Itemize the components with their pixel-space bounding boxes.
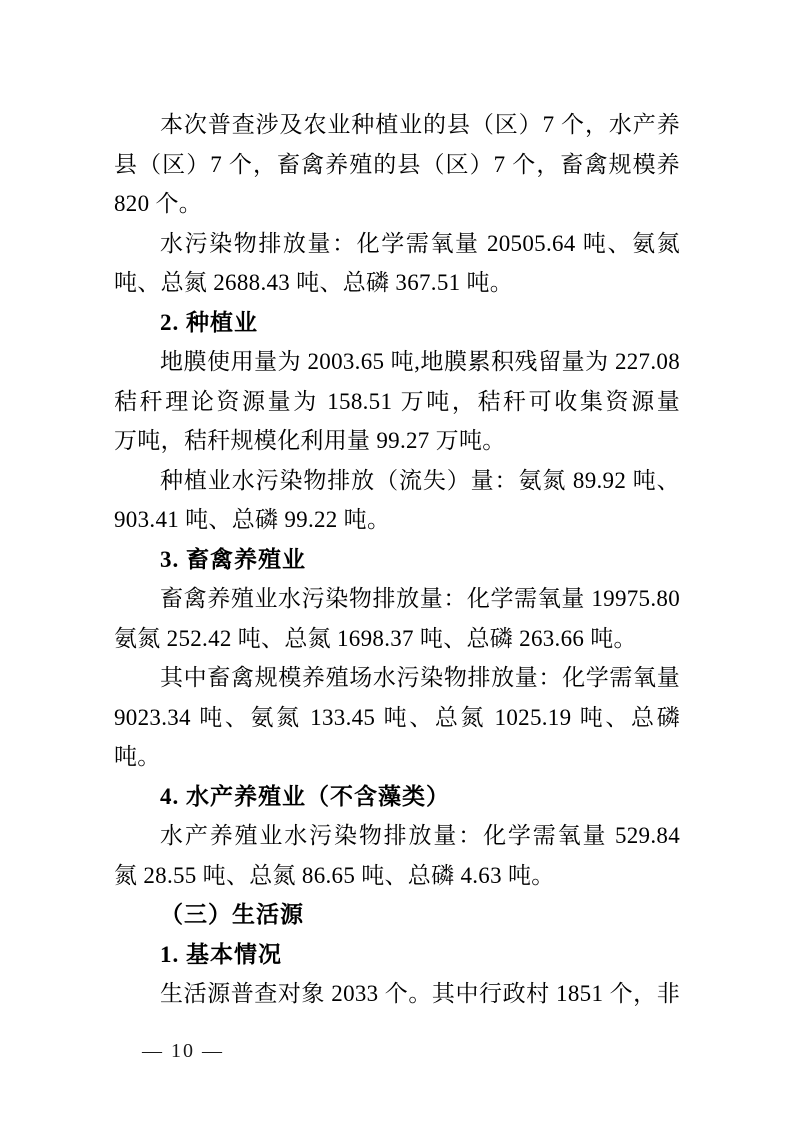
heading-aquaculture-industry-line-1: 4. 水产养殖业（不含藻类） <box>114 777 680 817</box>
para-livestock-discharge-line-1: 畜禽养殖业水污染物排放量：化学需氧量 19975.80 吨、 <box>114 579 680 619</box>
para-census-scope-line-2: 县（区）7 个，畜禽养殖的县（区）7 个，畜禽规模养殖场 <box>114 145 680 185</box>
page-number: — 10 — <box>142 1040 224 1062</box>
para-livestock-discharge-line-2: 氨氮 252.42 吨、总氮 1698.37 吨、总磷 263.66 吨。 <box>114 619 680 659</box>
para-water-pollutant-total-line-1: 水污染物排放量：化学需氧量 20505.64 吨、氨氮 370.89 <box>114 224 680 264</box>
para-planting-discharge-line-1: 种植业水污染物排放（流失）量：氨氮 89.92 吨、总氮 <box>114 461 680 501</box>
para-census-scope-line-3: 820 个。 <box>114 184 680 224</box>
para-film-straw-line-2: 秸秆理论资源量为 158.51 万吨，秸秆可收集资源量 135.15 <box>114 382 680 422</box>
heading-domestic-sources-line-1: （三）生活源 <box>114 895 680 935</box>
heading-livestock-industry-line-1: 3. 畜禽养殖业 <box>114 540 680 580</box>
para-planting-discharge-line-2: 903.41 吨、总磷 99.22 吨。 <box>114 500 680 540</box>
document-page: 本次普查涉及农业种植业的县（区）7 个，水产养殖的县（区）7 个，畜禽养殖的县（… <box>0 0 793 1122</box>
document-body: 本次普查涉及农业种植业的县（区）7 个，水产养殖的县（区）7 个，畜禽养殖的县（… <box>114 105 680 1014</box>
para-film-straw-line-1: 地膜使用量为 2003.65 吨,地膜累积残留量为 227.08 吨； <box>114 342 680 382</box>
para-domestic-census-line-1: 生活源普查对象 2033 个。其中行政村 1851 个，非工业 <box>114 974 680 1014</box>
para-census-scope-line-1: 本次普查涉及农业种植业的县（区）7 个，水产养殖的 <box>114 105 680 145</box>
heading-planting-industry-line-1: 2. 种植业 <box>114 303 680 343</box>
para-livestock-farm-discharge-line-2: 9023.34 吨、氨氮 133.45 吨、总氮 1025.19 吨、总磷 12… <box>114 698 680 738</box>
para-livestock-farm-discharge-line-1: 其中畜禽规模养殖场水污染物排放量：化学需氧量 <box>114 658 680 698</box>
para-film-straw-line-3: 万吨，秸秆规模化利用量 99.27 万吨。 <box>114 421 680 461</box>
heading-basic-situation-line-1: 1. 基本情况 <box>114 935 680 975</box>
para-aquaculture-discharge-line-2: 氮 28.55 吨、总氮 86.65 吨、总磷 4.63 吨。 <box>114 856 680 896</box>
para-livestock-farm-discharge-line-3: 吨。 <box>114 737 680 777</box>
para-water-pollutant-total-line-2: 吨、总氮 2688.43 吨、总磷 367.51 吨。 <box>114 263 680 303</box>
para-aquaculture-discharge-line-1: 水产养殖业水污染物排放量：化学需氧量 529.84 吨、氨 <box>114 816 680 856</box>
